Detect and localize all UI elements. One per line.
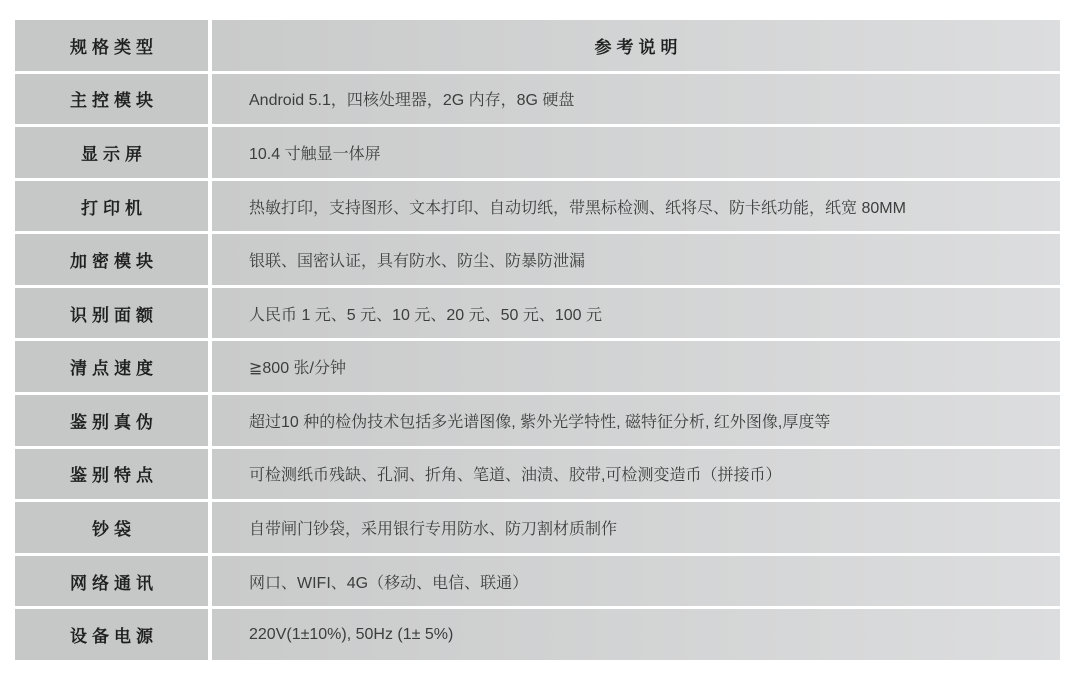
table-row: 钞袋 自带闸门钞袋，采用银行专用防水、防刀割材质制作 [15,502,1060,553]
table-row: 加密模块 银联、国密认证，具有防水、防尘、防暴防泄漏 [15,234,1060,285]
spec-type-cell: 识别面额 [15,288,208,339]
spec-desc-cell: 银联、国密认证，具有防水、防尘、防暴防泄漏 [212,234,1060,285]
spec-desc-cell: 超过10 种的检伪技术包括多光谱图像, 紫外光学特性, 磁特征分析, 红外图像,… [212,395,1060,446]
spec-desc-cell: 220V(1±10%), 50Hz (1± 5%) [212,609,1060,660]
table-row: 鉴别特点 可检测纸币残缺、孔洞、折角、笔道、油渍、胶带,可检测变造币（拼接币） [15,449,1060,500]
table-row: 清点速度 ≧800 张/分钟 [15,341,1060,392]
spec-desc-cell: 网口、WIFI、4G（移动、电信、联通） [212,556,1060,607]
table-row: 网络通讯 网口、WIFI、4G（移动、电信、联通） [15,556,1060,607]
spec-type-label: 钞袋 [92,515,136,540]
spec-type-label: 打印机 [81,194,147,219]
spec-type-cell: 设备电源 [15,609,208,660]
spec-desc-cell: Android 5.1，四核处理器，2G 内存，8G 硬盘 [212,74,1060,125]
spec-type-label: 设备电源 [70,622,158,647]
spec-desc-cell: ≧800 张/分钟 [212,341,1060,392]
spec-desc-cell: 可检测纸币残缺、孔洞、折角、笔道、油渍、胶带,可检测变造币（拼接币） [212,449,1060,500]
spec-type-label: 网络通讯 [70,569,158,594]
spec-type-cell: 加密模块 [15,234,208,285]
spec-desc-cell: 自带闸门钞袋，采用银行专用防水、防刀割材质制作 [212,502,1060,553]
spec-type-label: 鉴别真伪 [70,408,158,433]
spec-type-cell: 显示屏 [15,127,208,178]
spec-type-label: 主控模块 [70,86,158,111]
table-row: 显示屏 10.4 寸触显一体屏 [15,127,1060,178]
table-row: 打印机 热敏打印，支持图形、文本打印、自动切纸，带黑标检测、纸将尽、防卡纸功能，… [15,181,1060,232]
spec-type-cell: 主控模块 [15,74,208,125]
spec-type-cell: 清点速度 [15,341,208,392]
table-header-row: 规格类型 参考说明 [15,20,1060,71]
header-desc-cell: 参考说明 [212,20,1060,71]
table-row: 识别面额 人民币 1 元、5 元、10 元、20 元、50 元、100 元 [15,288,1060,339]
spec-type-label: 清点速度 [70,354,158,379]
spec-desc-cell: 人民币 1 元、5 元、10 元、20 元、50 元、100 元 [212,288,1060,339]
spec-type-cell: 鉴别真伪 [15,395,208,446]
table-row: 主控模块 Android 5.1，四核处理器，2G 内存，8G 硬盘 [15,74,1060,125]
header-desc-label: 参考说明 [595,33,683,58]
table-row: 鉴别真伪 超过10 种的检伪技术包括多光谱图像, 紫外光学特性, 磁特征分析, … [15,395,1060,446]
spec-table: 规格类型 参考说明 主控模块 Android 5.1，四核处理器，2G 内存，8… [15,20,1060,660]
spec-type-cell: 钞袋 [15,502,208,553]
spec-type-label: 加密模块 [70,247,158,272]
spec-desc-cell: 热敏打印，支持图形、文本打印、自动切纸，带黑标检测、纸将尽、防卡纸功能，纸宽 8… [212,181,1060,232]
spec-type-cell: 网络通讯 [15,556,208,607]
spec-type-label: 鉴别特点 [70,461,158,486]
spec-type-label: 识别面额 [70,301,158,326]
spec-desc-cell: 10.4 寸触显一体屏 [212,127,1060,178]
header-type-cell: 规格类型 [15,20,208,71]
spec-type-cell: 鉴别特点 [15,449,208,500]
spec-type-label: 显示屏 [81,140,147,165]
header-type-label: 规格类型 [70,33,158,58]
spec-type-cell: 打印机 [15,181,208,232]
table-row: 设备电源 220V(1±10%), 50Hz (1± 5%) [15,609,1060,660]
